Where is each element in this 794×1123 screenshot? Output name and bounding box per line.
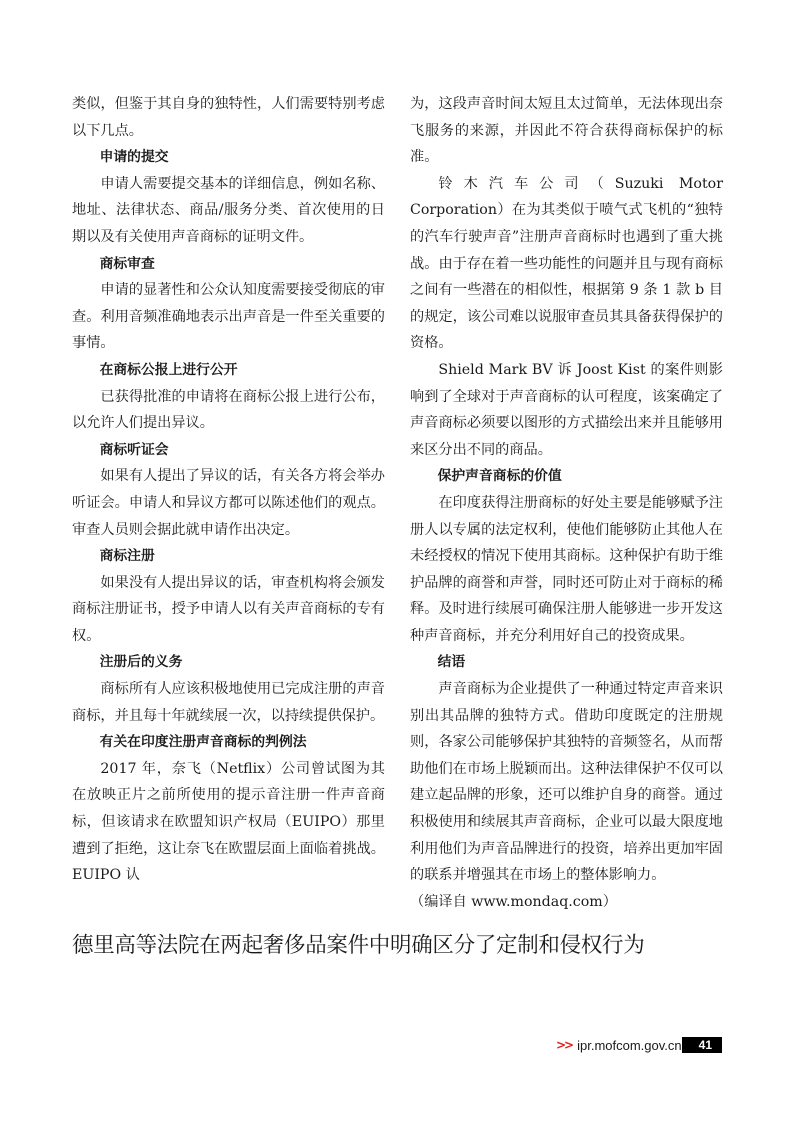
paragraph-registration: 如果没有人提出异议的话，审查机构将会颁发商标注册证书，授予申请人以有关声音商标的… bbox=[72, 570, 385, 650]
footer-website-link[interactable]: ipr.mofcom.gov.cn bbox=[577, 1038, 682, 1053]
paragraph-conclusion: 声音商标为企业提供了一种通过特定声音来识别出其品牌的独特方式。借助印度既定的注册… bbox=[410, 676, 723, 889]
paragraph-hearing: 如果有人提出了异议的话，有关各方将会举办听证会。申请人和异议方都可以陈述他们的观… bbox=[72, 463, 385, 543]
section-heading-hearing: 商标听证会 bbox=[72, 437, 385, 464]
section-heading-obligations: 注册后的义务 bbox=[72, 649, 385, 676]
paragraph-netflix-case: 2017 年，奈飞（Netflix）公司曾试图为其在放映正片之前所使用的提示音注… bbox=[72, 756, 385, 889]
paragraph-netflix-case-continued: 为，这段声音时间太短且太过简单，无法体现出奈飞服务的来源，并因此不符合获得商标保… bbox=[410, 91, 723, 171]
paragraph-value: 在印度获得注册商标的好处主要是能够赋予注册人以专属的法定权利，使他们能够防止其他… bbox=[410, 490, 723, 650]
right-column: 为，这段声音时间太短且太过简单，无法体现出奈飞服务的来源，并因此不符合获得商标保… bbox=[410, 91, 723, 915]
section-heading-registration: 商标注册 bbox=[72, 543, 385, 570]
paragraph-publication: 已获得批准的申请将在商标公报上进行公布，以允许人们提出异议。 bbox=[72, 384, 385, 437]
paragraph-obligations: 商标所有人应该积极地使用已完成注册的声音商标，并且每十年就续展一次，以持续提供保… bbox=[72, 676, 385, 729]
section-heading-value: 保护声音商标的价值 bbox=[410, 463, 723, 490]
page-number: 41 bbox=[682, 1037, 722, 1053]
section-heading-conclusion: 结语 bbox=[410, 649, 723, 676]
section-heading-submission: 申请的提交 bbox=[72, 144, 385, 171]
section-heading-publication: 在商标公报上进行公开 bbox=[72, 357, 385, 384]
section-heading-case-law: 有关在印度注册声音商标的判例法 bbox=[72, 729, 385, 756]
page-footer: >> ipr.mofcom.gov.cn 41 bbox=[556, 1036, 682, 1054]
paragraph-review: 申请的显著性和公众认知度需要接受彻底的审查。利用音频准确地表示出声音是一件至关重… bbox=[72, 277, 385, 357]
paragraph-shield-mark-case: Shield Mark BV 诉 Joost Kist 的案件则影响到了全球对于… bbox=[410, 357, 723, 463]
double-chevron-right-icon: >> bbox=[556, 1038, 572, 1052]
next-article-headline: 德里高等法院在两起奢侈品案件中明确区分了定制和侵权行为 bbox=[72, 928, 644, 959]
section-heading-review: 商标审查 bbox=[72, 251, 385, 278]
paragraph-submission: 申请人需要提交基本的详细信息，例如名称、地址、法律状态、商品/服务分类、首次使用… bbox=[72, 171, 385, 251]
left-column: 类似，但鉴于其自身的独特性，人们需要特别考虑以下几点。 申请的提交 申请人需要提… bbox=[72, 91, 385, 889]
paragraph-suzuki-case: 铃木汽车公司（Suzuki Motor Corporation）在为其类似于喷气… bbox=[410, 171, 723, 357]
paragraph-intro-continued: 类似，但鉴于其自身的独特性，人们需要特别考虑以下几点。 bbox=[72, 91, 385, 144]
source-citation: （编译自 www.mondaq.com） bbox=[410, 889, 723, 916]
